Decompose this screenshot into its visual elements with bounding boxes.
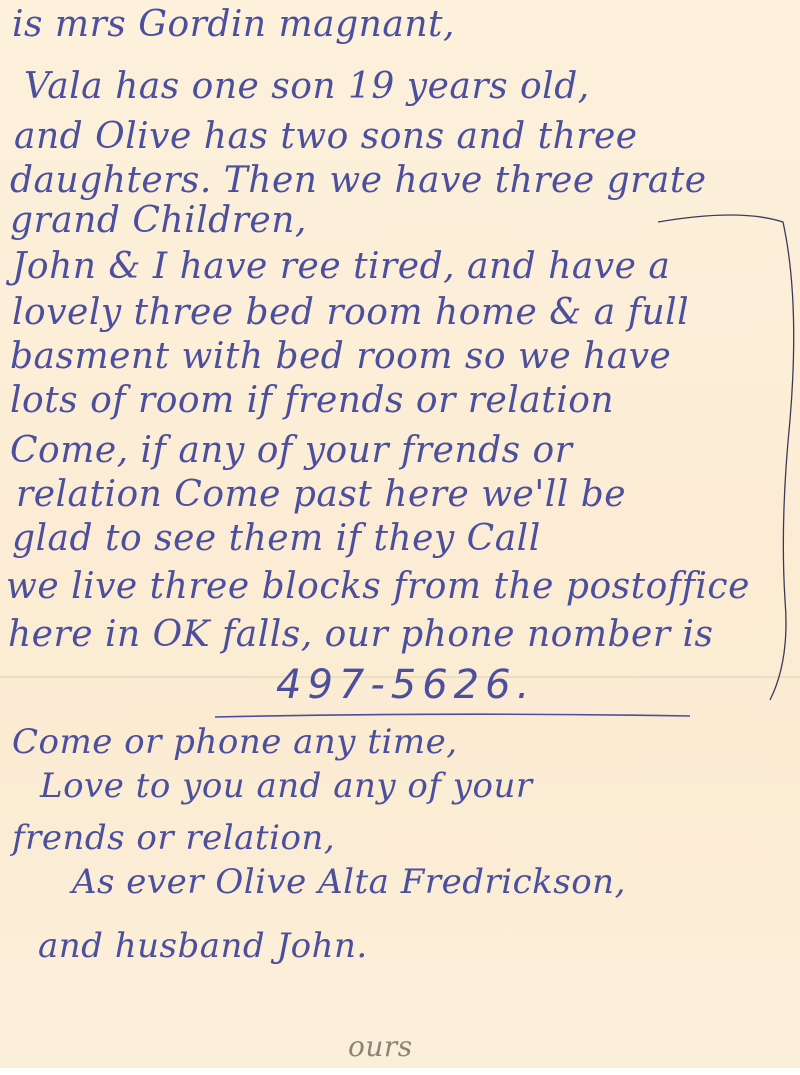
signature-husband-line: and husband John. (38, 926, 368, 966)
letter-line-7: lovely three bed room home & a full (12, 292, 689, 333)
phone-number: 497-5626. (276, 662, 535, 708)
letter-line-6: John & I have ree tired, and have a (12, 246, 670, 287)
letter-line-3: and Olive has two sons and three (14, 116, 638, 157)
letter-line-4: daughters. Then we have three grate (10, 160, 707, 201)
letter-line-2: Vala has one son 19 years old, (24, 66, 590, 107)
letter-line-12: glad to see them if they Call (12, 518, 541, 559)
letter-line-9: lots of room if frends or relation (10, 380, 614, 421)
letter-line-13: we live three blocks from the postoffice (6, 566, 750, 607)
letter-line-8: basment with bed room so we have (10, 336, 671, 377)
pencil-note: ours (348, 1030, 413, 1063)
closing-line-3: frends or relation, (12, 818, 335, 858)
letter-line-14: here in OK falls, our phone nomber is (8, 614, 713, 655)
letter-line-5: grand Children, (10, 200, 307, 241)
closing-line-2: Love to you and any of your (40, 766, 533, 806)
letter-line-1: is mrs Gordin magnant, (12, 4, 455, 45)
closing-line-1: Come or phone any time, (12, 722, 458, 762)
letter-line-11: relation Come past here we'll be (16, 474, 626, 515)
letter-line-10: Come, if any of your frends or (10, 430, 572, 471)
signature-line: As ever Olive Alta Fredrickson, (72, 862, 626, 902)
